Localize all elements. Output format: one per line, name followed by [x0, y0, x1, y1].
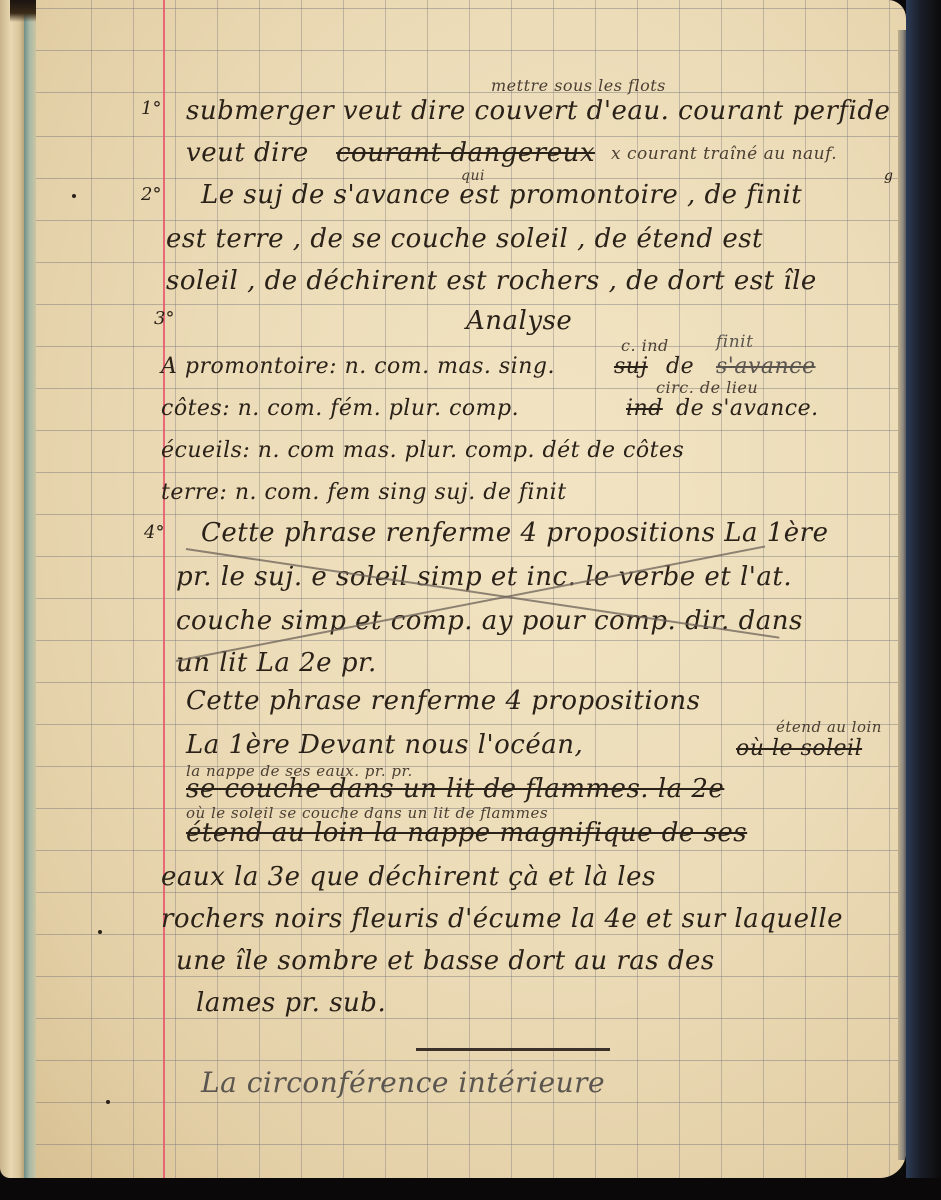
section-divider	[416, 1048, 610, 1051]
exercise-4-struck-line-1: Cette phrase renferme 4 propositions La …	[201, 518, 828, 548]
analysis-row2-insert: circ. de lieu	[656, 378, 758, 397]
analysis-row1-rest: de	[666, 354, 694, 379]
exercise-4-struck-line-3: couche simp et comp. ay pour comp. dir. …	[176, 606, 803, 636]
rewrite-line-4: étend au loin la nappe magnifique de ses	[186, 818, 747, 848]
analysis-title: Analyse	[466, 306, 572, 336]
exercise-4-struck-line-2: pr. le suj. e soleil simp et inc. le ver…	[176, 562, 792, 592]
exercise-1-margin-mark: g	[884, 168, 893, 184]
red-margin-line	[163, 0, 165, 1178]
exercise-1-correction: x courant traîné au nauf.	[611, 144, 837, 164]
analysis-row-2: côtes: n. com. fém. plur. comp.	[161, 396, 519, 421]
footer-heading: La circonférence intérieure	[201, 1066, 605, 1099]
rewrite-struck-line2: où le soleil	[736, 736, 862, 761]
exercise-3-number: 3°	[154, 308, 174, 329]
page-stack-edge	[898, 30, 906, 1160]
notebook-page: 1° mettre sous les flots submerger veut …	[36, 0, 906, 1178]
rewrite-line-8: lames pr. sub.	[196, 988, 386, 1018]
rewrite-line-3: se couche dans un lit de flammes. la 2e	[186, 774, 724, 804]
background-right	[906, 0, 941, 1178]
exercise-2-line3: soleil , de déchirent est rochers , de d…	[166, 266, 817, 296]
left-page-edge	[0, 0, 24, 1178]
rewrite-line-1: Cette phrase renferme 4 propositions	[186, 686, 700, 716]
analysis-row1-struck2: s'avance	[716, 354, 816, 379]
exercise-2-line2: est terre , de se couche soleil , de éte…	[166, 224, 763, 254]
exercise-1-number: 1°	[141, 98, 161, 119]
rewrite-insert-line2: étend au loin	[776, 718, 882, 736]
analysis-row-3: écueils: n. com mas. plur. comp. dét de …	[161, 438, 684, 463]
ink-speck	[72, 194, 76, 198]
exercise-2-number: 2°	[141, 184, 161, 205]
analysis-row-1: A promontoire: n. com. mas. sing.	[161, 354, 555, 379]
analysis-row1-insert: c. ind	[621, 336, 669, 355]
exercise-1-line2-prefix: veut dire	[186, 138, 309, 168]
exercise-4-number: 4°	[144, 522, 164, 543]
ink-speck	[98, 930, 102, 934]
exercise-4-struck-line-4: un lit La 2e pr.	[176, 648, 377, 678]
exercise-1-insert: mettre sous les flots	[491, 76, 666, 95]
analysis-row2-struck: ind	[626, 396, 663, 421]
analysis-row-4: terre: n. com. fem sing suj. de finit	[161, 480, 567, 505]
analysis-row1-struck: suj	[614, 354, 648, 379]
rewrite-line-6: rochers noirs fleuris d'écume la 4e et s…	[161, 904, 843, 934]
ink-speck	[106, 1100, 110, 1104]
analysis-row2-rest: de s'avance.	[676, 396, 819, 421]
rewrite-line-2: La 1ère Devant nous l'océan,	[186, 730, 583, 760]
exercise-2-line1: Le suj de s'avance est promontoire , de …	[201, 180, 802, 210]
exercise-1-line1: submerger veut dire couvert d'eau. coura…	[186, 96, 890, 126]
rewrite-line-7: une île sombre et basse dort au ras des	[176, 946, 715, 976]
analysis-row1-insert2: finit	[716, 332, 753, 352]
rewrite-line-5: eaux la 3e que déchirent çà et là les	[161, 862, 656, 892]
exercise-1-struck-text: courant dangereux	[336, 138, 595, 168]
background-bottom	[0, 1178, 941, 1200]
